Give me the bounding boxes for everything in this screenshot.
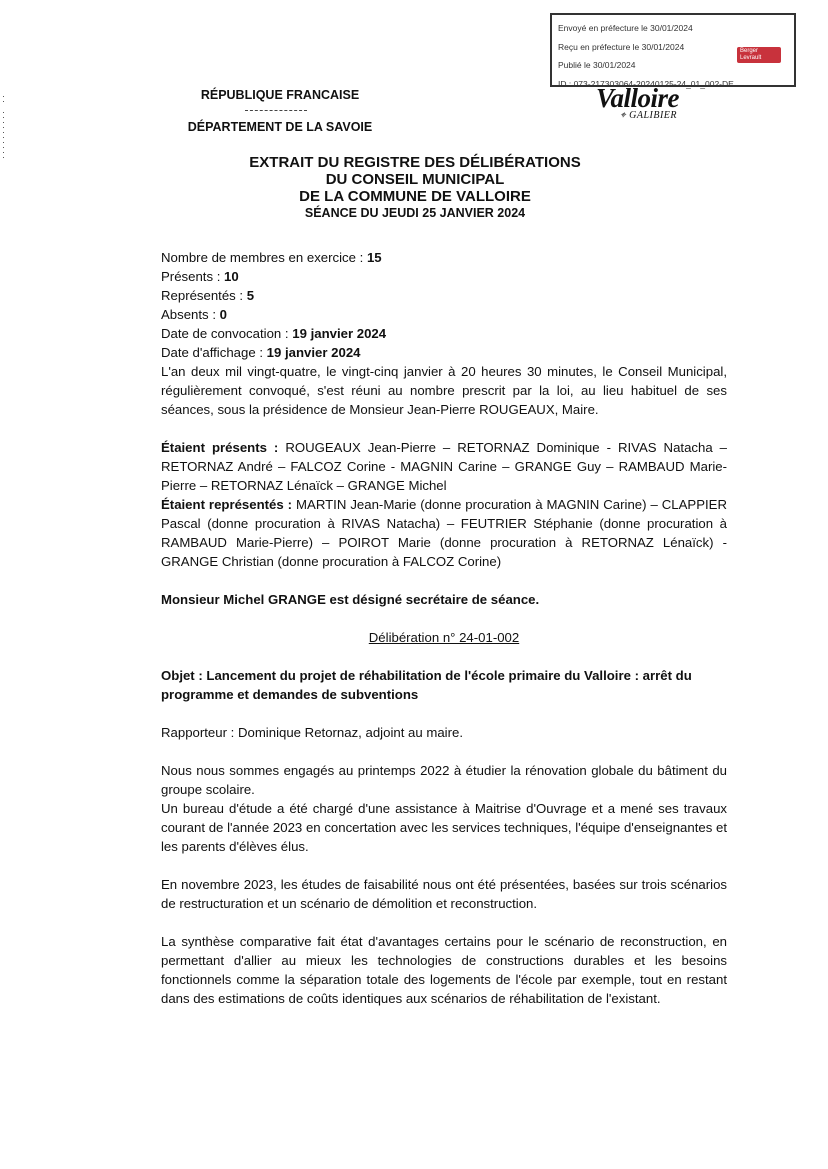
stat-represented: Représentés : 5 (161, 286, 727, 305)
deliberation-number: Délibération n° 24-01-002 (161, 628, 727, 647)
paragraph: Nous nous sommes engagés au printemps 20… (161, 761, 727, 799)
object-line: Objet : Lancement du projet de réhabilit… (161, 666, 727, 704)
republic-heading: RÉPUBLIQUE FRANCAISE (170, 88, 390, 102)
title-line: DU CONSEIL MUNICIPAL (200, 171, 630, 188)
stat-present: Présents : 10 (161, 267, 727, 286)
stat-posting-date: Date d'affichage : 19 janvier 2024 (161, 343, 727, 362)
prefecture-stamp: Envoyé en préfecture le 30/01/2024 Reçu … (550, 13, 796, 87)
department-heading: DÉPARTEMENT DE LA SAVOIE (170, 120, 390, 134)
title-line: EXTRAIT DU REGISTRE DES DÉLIBÉRATIONS (200, 154, 630, 171)
document-body: Nombre de membres en exercice : 15 Prése… (161, 248, 727, 1008)
session-date: SÉANCE DU JEUDI 25 JANVIER 2024 (200, 205, 630, 222)
logo-sub-text: ⌖ GALIBIER (620, 110, 706, 121)
logo-main-text: Valloire (596, 86, 706, 110)
stat-convocation-date: Date de convocation : 19 janvier 2024 (161, 324, 727, 343)
berger-levrault-logo-icon: Berger Levrault (737, 47, 781, 63)
paragraph: Un bureau d'étude a été chargé d'une ass… (161, 799, 727, 856)
paragraph: La synthèse comparative fait état d'avan… (161, 932, 727, 1008)
document-title: EXTRAIT DU REGISTRE DES DÉLIBÉRATIONS DU… (200, 154, 630, 222)
intro-paragraph: L'an deux mil vingt-quatre, le vingt-cin… (161, 362, 727, 419)
logo-sub-label: GALIBIER (629, 110, 677, 121)
header-divider (245, 110, 307, 111)
title-line: DE LA COMMUNE DE VALLOIRE (200, 188, 630, 205)
secretary-line: Monsieur Michel GRANGE est désigné secré… (161, 590, 727, 609)
valloire-logo: Valloire ⌖ GALIBIER (596, 86, 706, 121)
stat-absent: Absents : 0 (161, 305, 727, 324)
rapporteur-line: Rapporteur : Dominique Retornaz, adjoint… (161, 723, 727, 742)
margin-marks (3, 96, 6, 162)
present-members: Étaient présents : ROUGEAUX Jean-Pierre … (161, 438, 727, 495)
stamp-sent: Envoyé en préfecture le 30/01/2024 (558, 19, 788, 38)
paragraph: En novembre 2023, les études de faisabil… (161, 875, 727, 913)
represented-members: Étaient représentés : MARTIN Jean-Marie … (161, 495, 727, 571)
stat-members: Nombre de membres en exercice : 15 (161, 248, 727, 267)
